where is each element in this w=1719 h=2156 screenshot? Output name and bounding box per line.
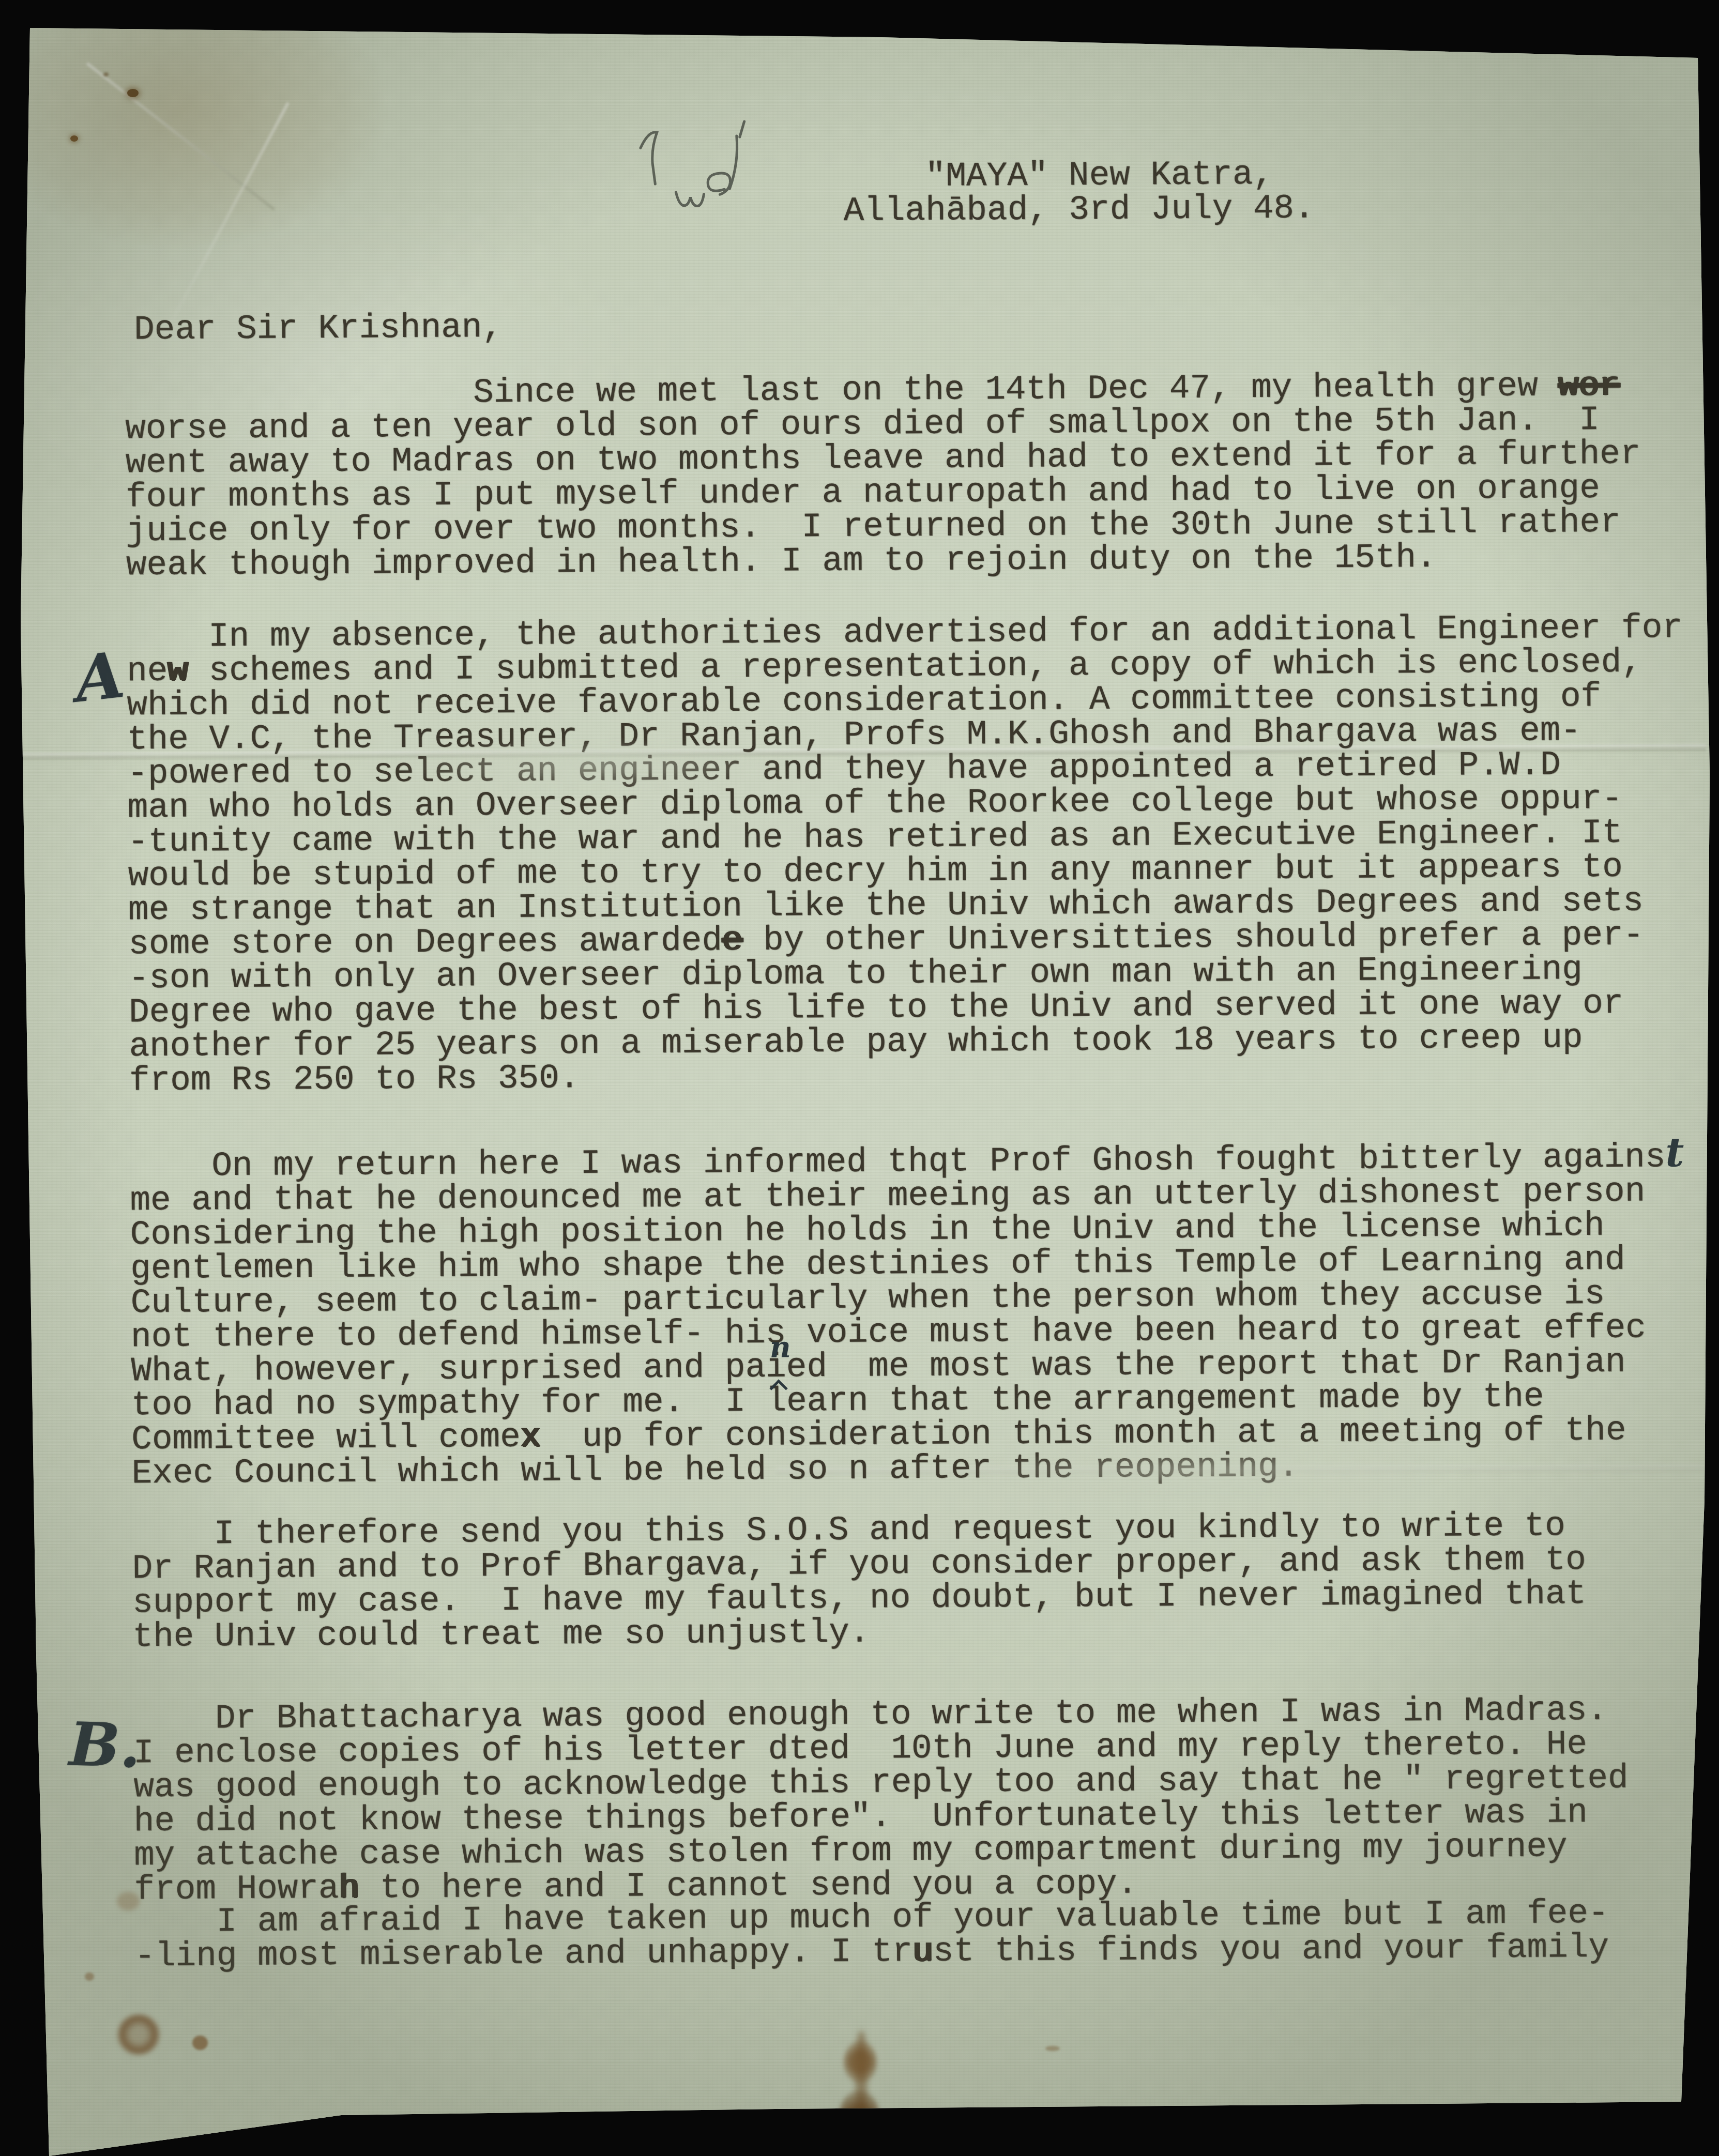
paragraph-1: Since we met last on the 14th Dec 47, my… — [125, 369, 1641, 583]
handwritten-scribble — [589, 115, 823, 302]
typed-text-layer: "MAYA" New Katra,Allahābad, 3rd July 48.… — [0, 0, 1719, 2156]
typed-line: another for 25 years on a miserable pay … — [129, 1020, 1685, 1064]
margin-annotation-a: A — [72, 643, 128, 711]
paragraph-4: I therefore send you this S.O.S and requ… — [132, 1509, 1587, 1654]
letter-paper: "MAYA" New Katra,Allahābad, 3rd July 48.… — [0, 0, 1719, 2156]
salutation: Dear Sir Krishnan, — [134, 311, 503, 347]
scanned-letter-page: { "colors": { "background": "#070707", "… — [0, 0, 1719, 2156]
typed-line: Allahābad, 3rd July 48. — [843, 191, 1314, 228]
typed-line: Exec Council which will be held so n aft… — [131, 1447, 1686, 1491]
paragraph-5: Dr Bhattacharya was good enough to write… — [133, 1693, 1629, 1907]
typed-line: weak though improved in health. I am to … — [126, 539, 1641, 583]
letterhead: "MAYA" New Katra,Allahābad, 3rd July 48. — [843, 157, 1315, 228]
paragraph-2: In my absence, the authorities advertise… — [127, 611, 1686, 1098]
typed-line: -ling most miserable and unhappy. I trus… — [134, 1931, 1609, 1974]
paragraph-6: I am afraid I have taken up much of your… — [134, 1897, 1609, 1974]
typed-line: Dear Sir Krishnan, — [134, 311, 503, 347]
typed-line: "MAYA" New Katra, — [843, 157, 1314, 194]
typed-line: the Univ could treat me so unjustly. — [132, 1611, 1586, 1654]
margin-annotation-b: B. — [68, 1715, 142, 1777]
paragraph-3: On my return here I was informed thqt Pr… — [130, 1136, 1686, 1491]
